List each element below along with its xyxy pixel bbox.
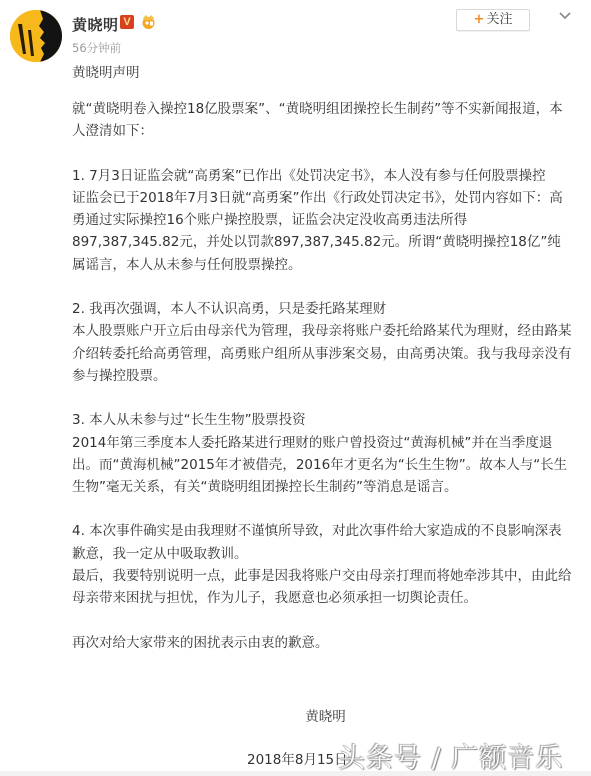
statement-body: 就“黄晓明卷入操控18亿股票案”、“黄晓明组团操控长生制药”等不实新闻报道，本人… — [72, 98, 572, 654]
avatar-image — [10, 10, 62, 62]
section-4-body: 最后，我要特别说明一点，此事是因我将账户交由母亲打理而将她牵涉其中，由此给母亲带… — [72, 565, 572, 610]
author-name[interactable]: 黄晓明 — [72, 14, 119, 35]
statement-date: 2018年8月15日 — [247, 748, 348, 768]
weibo-post: 黄晓明 V 56分钟前 黄晓明声明 +关注 就“黄晓明卷入操控18亿股票案”、“… — [0, 0, 591, 776]
follow-button[interactable]: +关注 — [456, 9, 530, 31]
section-2-heading: 2. 我再次强调，本人不认识高勇，只是委托路某理财 — [72, 298, 572, 320]
post-timestamp[interactable]: 56分钟前 — [72, 40, 121, 56]
statement-closing: 再次对给大家带来的困扰表示由衷的歉意。 — [72, 632, 572, 654]
section-2-body: 本人股票账户开立后由母亲代为管理，我母亲将账户委托给路某代为理财，经由路某介绍转… — [72, 320, 572, 387]
statement-intro: 就“黄晓明卷入操控18亿股票案”、“黄晓明组团操控长生制药”等不实新闻报道，本人… — [72, 98, 572, 143]
section-3-body: 2014年第三季度本人委托路某进行理财的账户曾投资过“黄海机械”并在当季度退出。… — [72, 432, 572, 499]
chevron-down-icon[interactable] — [558, 11, 572, 21]
follow-label: 关注 — [486, 12, 512, 27]
weibo-member-crown-icon[interactable] — [140, 13, 157, 30]
avatar[interactable] — [10, 10, 62, 62]
post-title: 黄晓明声明 — [72, 61, 140, 81]
verified-v-icon: V — [120, 15, 134, 29]
section-1-body: 证监会已于2018年7月3日就“高勇案”作出《行政处罚决定书》，处罚内容如下：高… — [72, 187, 572, 276]
signature: 黄晓明 — [30, 705, 591, 725]
section-4-heading: 4. 本次事件确实是由我理财不谨慎所导致，对此次事件给大家造成的不良影响深表歉意… — [72, 520, 572, 565]
plus-icon: + — [474, 12, 485, 27]
section-3-heading: 3. 本人从未参与过“长生生物”股票投资 — [72, 409, 572, 431]
watermark: 头条号 / 广额音乐 — [338, 736, 563, 775]
section-1-heading: 1. 7月3日证监会就“高勇案”已作出《处罚决定书》，本人没有参与任何股票操控 — [72, 165, 572, 187]
divider — [0, 771, 591, 776]
